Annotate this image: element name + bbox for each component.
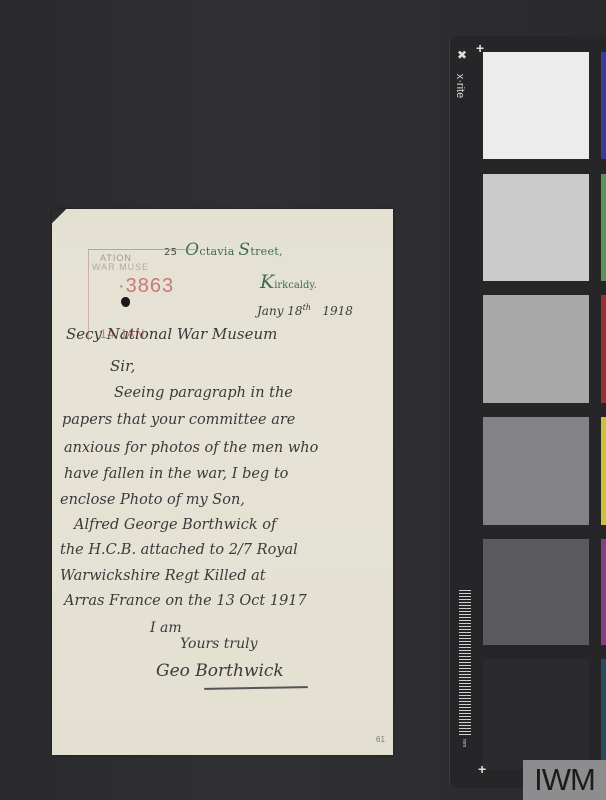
strip-cyan-dark [601, 659, 606, 769]
iwm-watermark: IWM [523, 760, 606, 800]
strip-blue [601, 52, 606, 159]
xrite-logo-icon: ✖ [457, 48, 467, 62]
strip-red [601, 295, 606, 403]
signature: Geo Borthwick [156, 661, 284, 681]
registration-cross-icon: + [478, 762, 486, 776]
date-text: Jany 18 [257, 304, 303, 318]
letter-date: Jany 18th 1918 [257, 303, 353, 318]
town-initial: K [260, 271, 274, 293]
letterhead-town: Kirkcaldy. [260, 271, 317, 293]
body-line: Alfred George Borthwick of [74, 517, 276, 533]
greeting: Sir, [110, 357, 135, 375]
strip-green [601, 174, 606, 281]
ink-blot [121, 297, 130, 307]
brand-mark: ✖ x·rite [456, 48, 472, 108]
strip-magenta [601, 539, 606, 645]
body-line: have fallen in the war, I beg to [64, 466, 288, 482]
patch-mid-light-gray [483, 295, 589, 403]
body-line: the H.C.B. attached to 2/7 Royal [60, 542, 298, 558]
patch-light-gray [483, 174, 589, 281]
stamp-number: ·3863 [118, 275, 174, 298]
town-name: irkcaldy. [274, 280, 317, 291]
folio-number: 61 [376, 735, 385, 744]
salutation: Secy National War Museum [66, 325, 277, 343]
color-calibration-chart: + ✖ x·rite mm + [449, 36, 606, 788]
closing-line: Yours truly [180, 636, 258, 652]
street-word: ctavia [199, 245, 234, 258]
ruler-unit: mm [461, 739, 467, 747]
signature-underline [204, 686, 308, 690]
date-suffix: th [303, 303, 311, 312]
body-line: Arras France on the 13 Oct 1917 [64, 593, 307, 609]
body-line: Warwickshire Regt Killed at [60, 568, 266, 584]
stamp-line-2: WAR MUSE [92, 262, 149, 272]
ruler-scale [459, 590, 471, 736]
patch-white [483, 52, 589, 159]
street-word: treet, [250, 245, 282, 258]
patch-mid-gray [483, 417, 589, 525]
stamp-border [88, 249, 198, 250]
street-initial: S [238, 240, 250, 260]
patch-dark-gray [483, 539, 589, 645]
strip-yellow [601, 417, 606, 525]
closing-line: I am [150, 620, 182, 636]
body-line: anxious for photos of the men who [64, 440, 318, 456]
patch-near-black [483, 659, 589, 769]
body-line: Seeing paragraph in the [114, 385, 293, 401]
body-line: enclose Photo of my Son, [60, 492, 245, 508]
brand-text: x·rite [454, 74, 466, 98]
letter-page: 25 Octavia Street, Kirkcaldy. ATION WAR … [52, 209, 393, 755]
body-line: papers that your committee are [62, 412, 295, 428]
date-year: 1918 [322, 304, 353, 318]
